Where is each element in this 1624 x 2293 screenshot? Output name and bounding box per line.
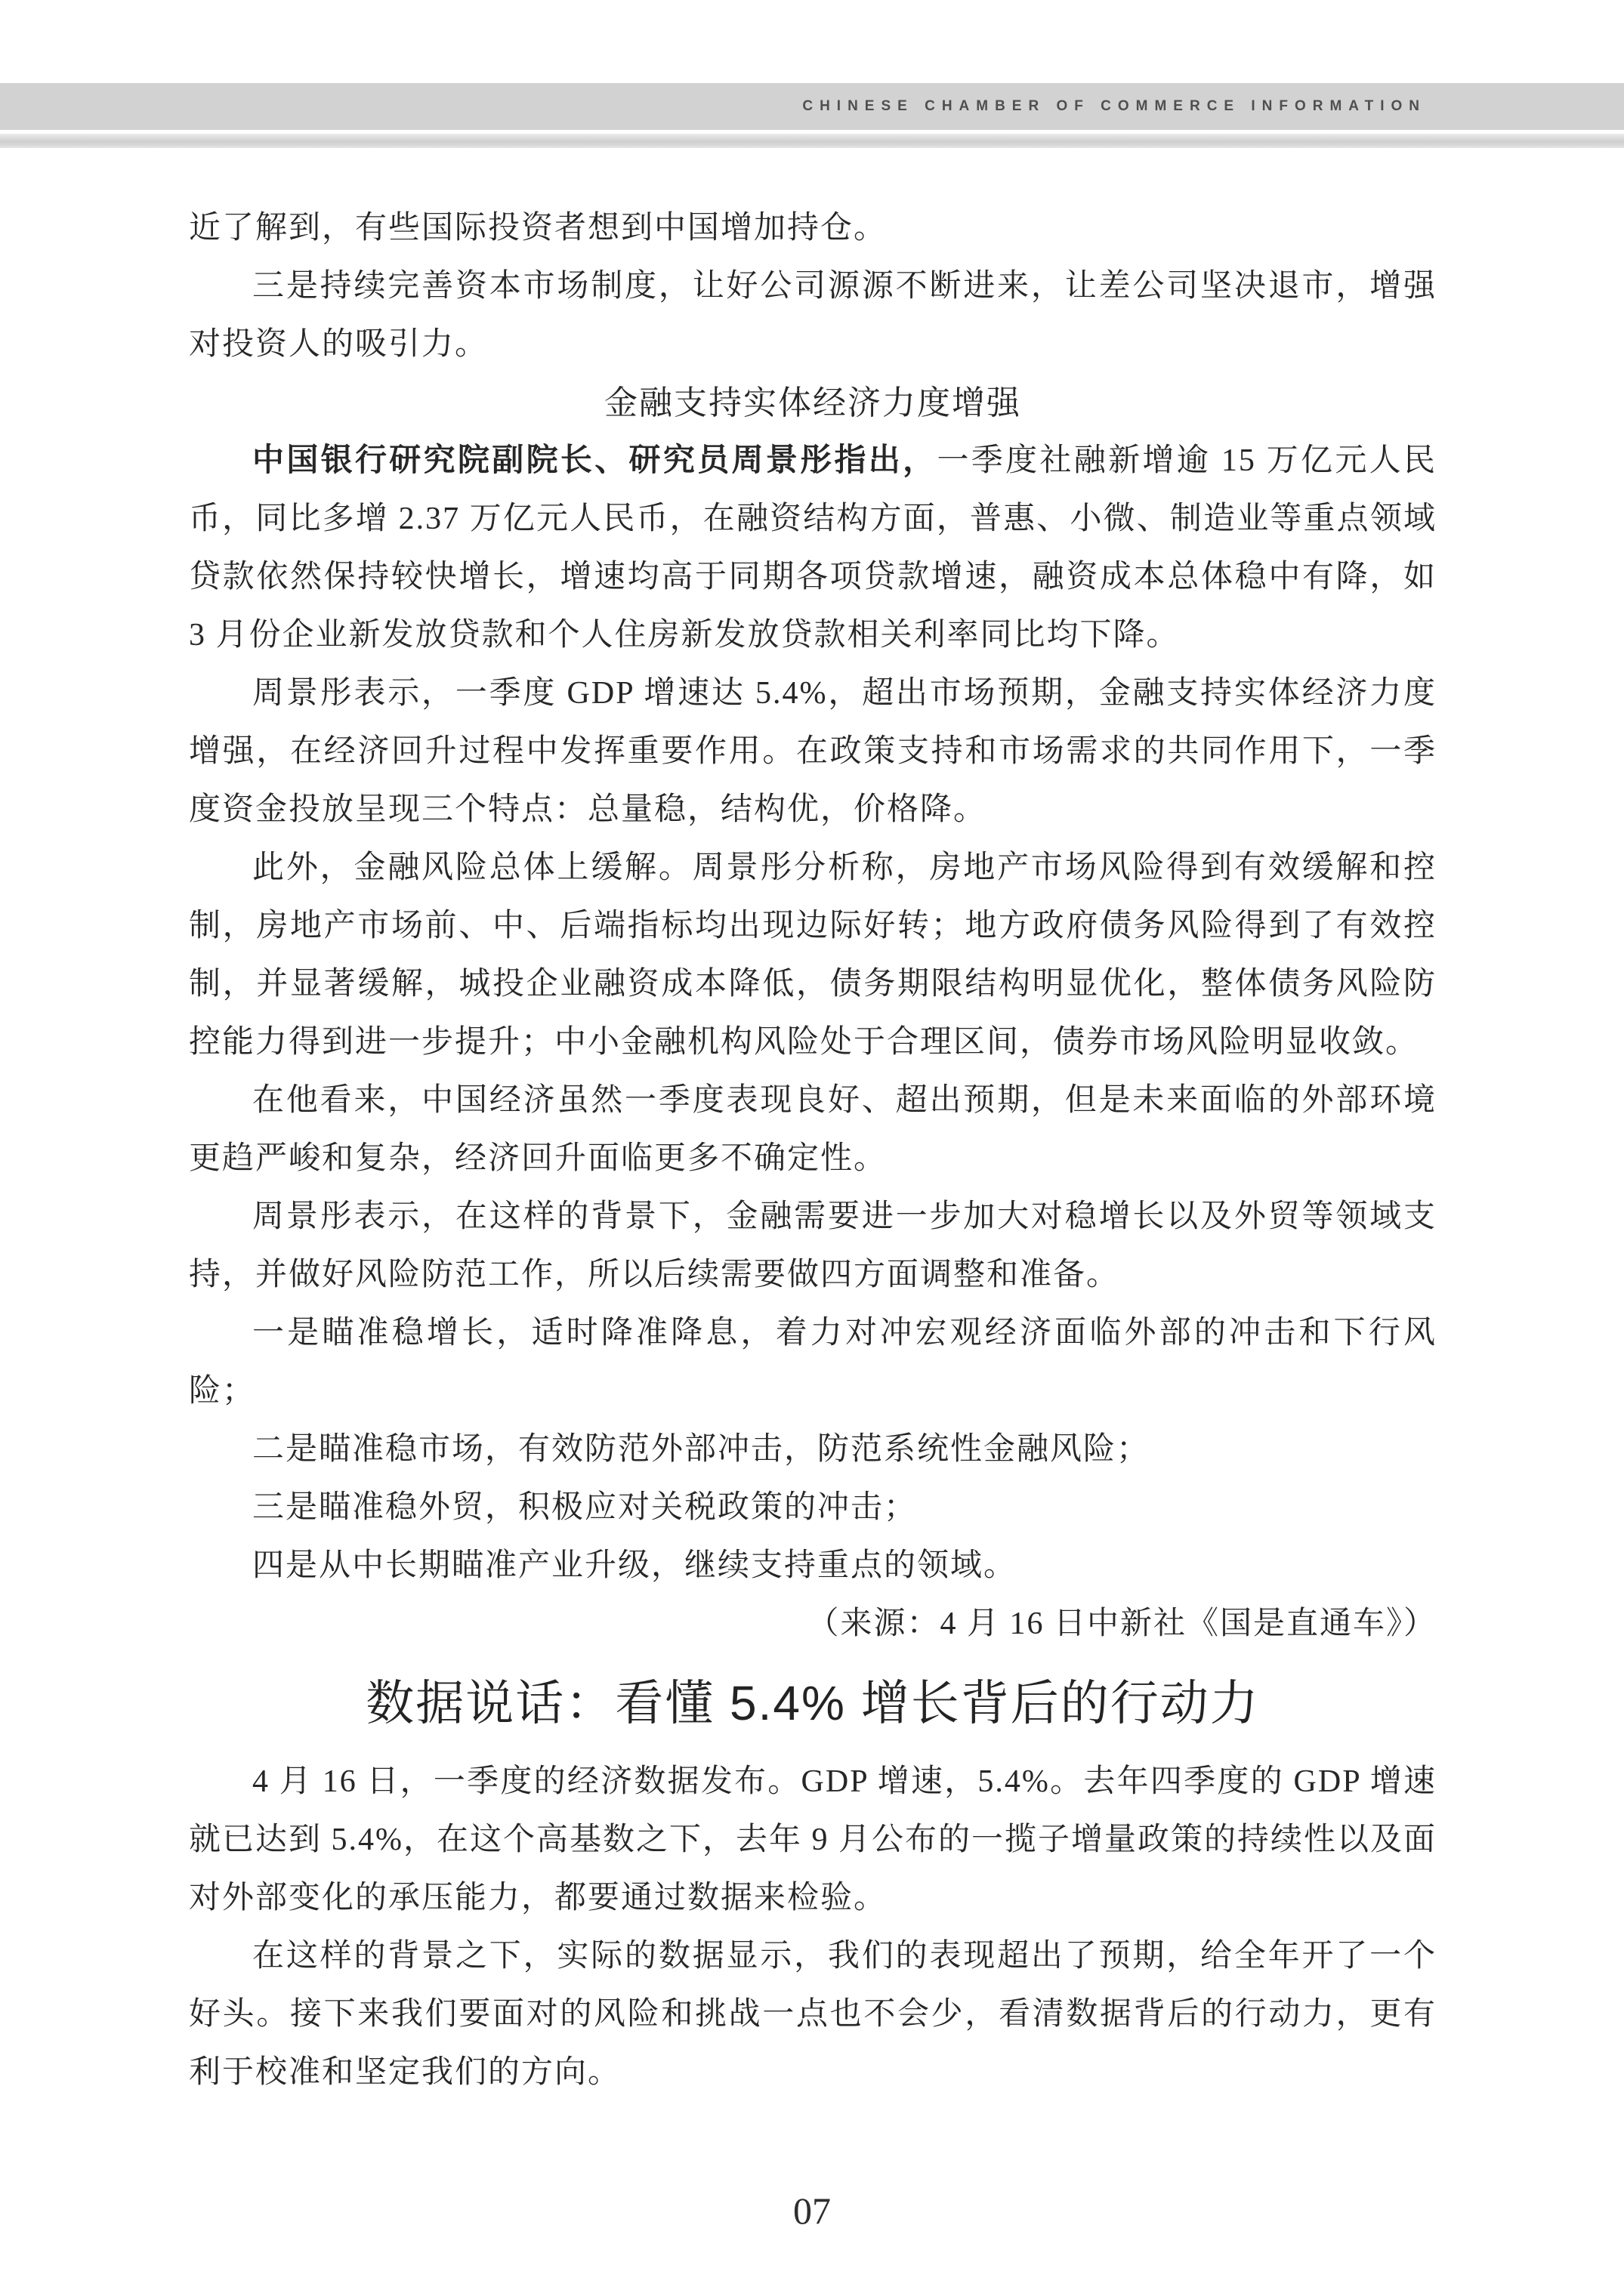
paragraph: 三是瞄准稳外贸，积极应对关税政策的冲击； (189, 1479, 1437, 1537)
text-run: 4 月 16 日，一季度的经济数据发布。GDP 增速，5.4%。去年四季度的 G… (189, 1764, 1437, 1915)
text-run: 在他看来，中国经济虽然一季度表现良好、超出预期，但是未来面临的外部环境更趋严峻和… (189, 1083, 1437, 1176)
paragraph: 近了解到，有些国际投资者想到中国增加持仓。 (189, 199, 1437, 258)
paragraph: 四是从中长期瞄准产业升级，继续支持重点的领域。 (189, 1537, 1437, 1595)
text-run: 金融支持实体经济力度增强 (604, 384, 1021, 421)
text-run: 近了解到，有些国际投资者想到中国增加持仓。 (189, 211, 887, 245)
text-run: 此外，金融风险总体上缓解。周景彤分析称，房地产市场风险得到有效缓解和控制，房地产… (189, 850, 1437, 1060)
text-run: 三是持续完善资本市场制度，让好公司源源不断进来，让差公司坚决退市，增强对投资人的… (189, 269, 1437, 362)
source-line: （来源：4 月 16 日中新社《国是直通车》） (189, 1595, 1437, 1653)
text-run: 二是瞄准稳市场，有效防范外部冲击，防范系统性金融风险； (252, 1432, 1150, 1467)
paragraph: 一是瞄准稳增长，适时降准降息，着力对冲宏观经济面临外部的冲击和下行风险； (189, 1304, 1437, 1421)
header-divider-bar (0, 134, 1624, 148)
text-run: （来源：4 月 16 日中新社《国是直通车》） (807, 1606, 1437, 1641)
document-page: CHINESE CHAMBER OF COMMERCE INFORMATION … (0, 0, 1624, 2293)
paragraph: 此外，金融风险总体上缓解。周景彤分析称，房地产市场风险得到有效缓解和控制，房地产… (189, 839, 1437, 1072)
document-body: 近了解到，有些国际投资者想到中国增加持仓。三是持续完善资本市场制度，让好公司源源… (189, 199, 1437, 2102)
header-band-title: CHINESE CHAMBER OF COMMERCE INFORMATION (802, 98, 1426, 115)
section-heading: 金融支持实体经济力度增强 (189, 374, 1437, 432)
text-run: 在这样的背景之下，实际的数据显示，我们的表现超出了预期，给全年开了一个好头。接下… (189, 1939, 1437, 2090)
page-number: 07 (0, 2189, 1624, 2233)
text-run: 周景彤表示，一季度 GDP 增速达 5.4%，超出市场预期，金融支持实体经济力度… (189, 676, 1437, 827)
paragraph: 在这样的背景之下，实际的数据显示，我们的表现超出了预期，给全年开了一个好头。接下… (189, 1927, 1437, 2102)
paragraph: 周景彤表示，一季度 GDP 增速达 5.4%，超出市场预期，金融支持实体经济力度… (189, 665, 1437, 839)
article-title: 数据说话：看懂 5.4% 增长背后的行动力 (189, 1653, 1437, 1753)
paragraph: 在他看来，中国经济虽然一季度表现良好、超出预期，但是未来面临的外部环境更趋严峻和… (189, 1072, 1437, 1188)
text-run: 数据说话：看懂 5.4% 增长背后的行动力 (366, 1676, 1259, 1730)
text-run: 四是从中长期瞄准产业升级，继续支持重点的领域。 (252, 1548, 1017, 1583)
text-run: 三是瞄准稳外贸，积极应对关税政策的冲击； (252, 1490, 917, 1525)
paragraph: 三是持续完善资本市场制度，让好公司源源不断进来，让差公司坚决退市，增强对投资人的… (189, 258, 1437, 374)
text-run: 周景彤表示，在这样的背景下，金融需要进一步加大对稳增长以及外贸等领域支持，并做好… (189, 1199, 1437, 1292)
paragraph: 二是瞄准稳市场，有效防范外部冲击，防范系统性金融风险； (189, 1421, 1437, 1479)
paragraph: 4 月 16 日，一季度的经济数据发布。GDP 增速，5.4%。去年四季度的 G… (189, 1753, 1437, 1927)
paragraph: 周景彤表示，在这样的背景下，金融需要进一步加大对稳增长以及外贸等领域支持，并做好… (189, 1188, 1437, 1304)
bold-run: 中国银行研究院副院长、研究员周景彤指出， (252, 443, 937, 478)
paragraph: 中国银行研究院副院长、研究员周景彤指出，一季度社融新增逾 15 万亿元人民币，同… (189, 432, 1437, 665)
text-run: 一是瞄准稳增长，适时降准降息，着力对冲宏观经济面临外部的冲击和下行风险； (189, 1316, 1437, 1409)
header-band: CHINESE CHAMBER OF COMMERCE INFORMATION (0, 83, 1624, 130)
